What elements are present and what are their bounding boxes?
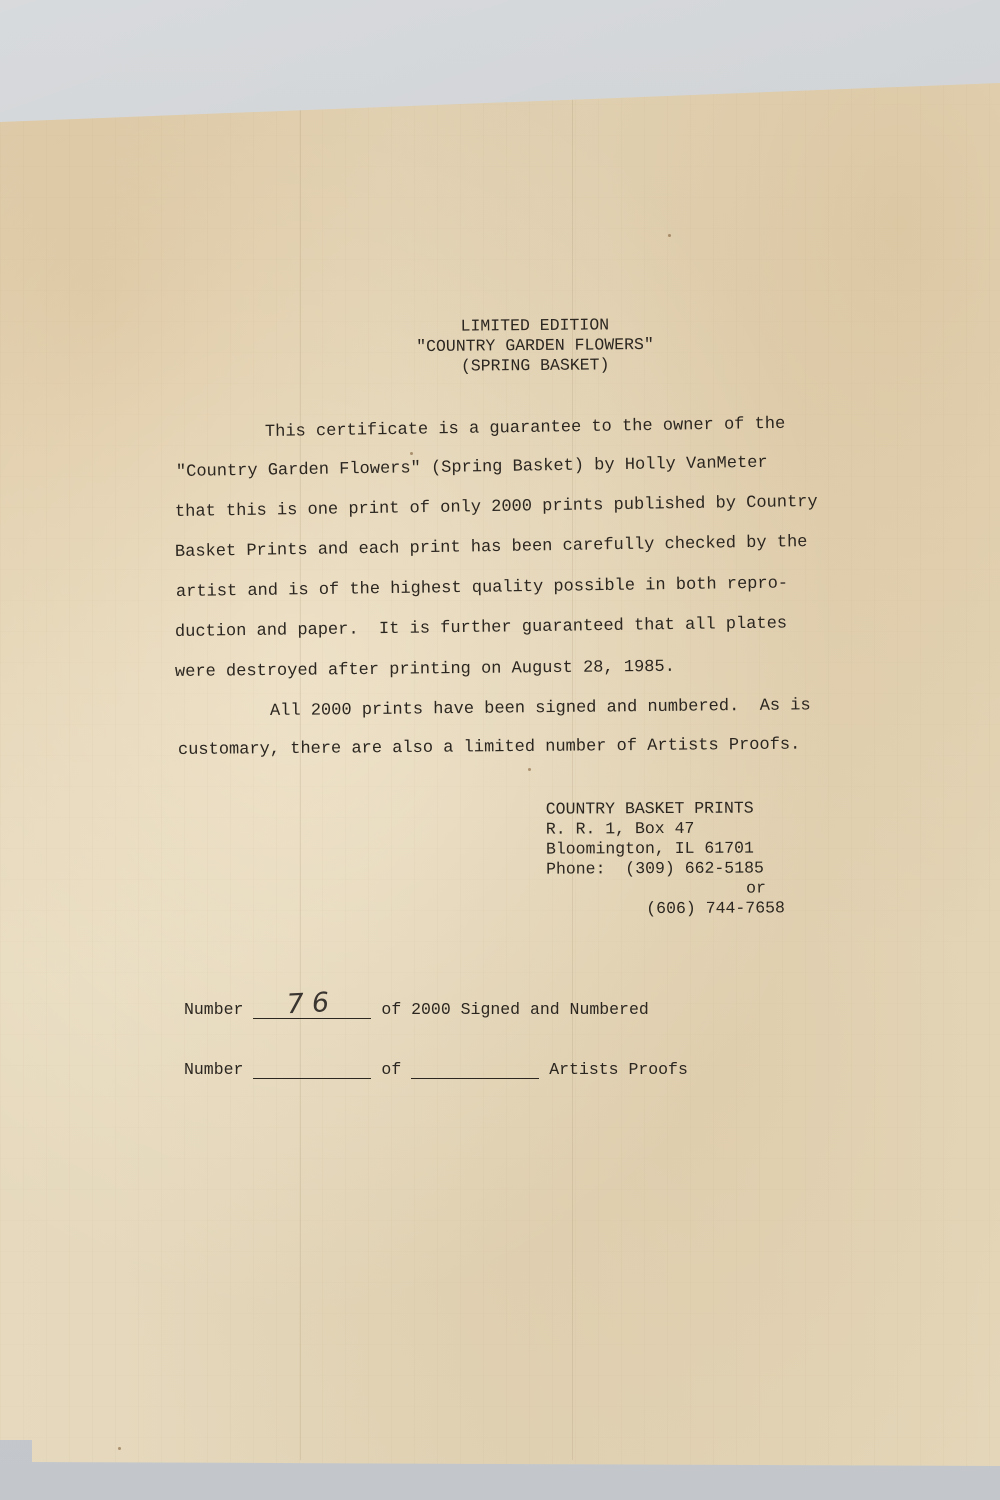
body-line: Basket Prints and each print has been ca… [175,533,808,562]
paper-speck [668,234,671,237]
paper-speck [410,452,413,455]
number-label: Number [184,1000,243,1019]
body-line: were destroyed after printing on August … [175,658,675,682]
title-line: (SPRING BASKET) [380,355,690,378]
publisher-street: R. R. 1, Box 47 [546,818,785,839]
certificate-title: LIMITED EDITION "COUNTRY GARDEN FLOWERS"… [380,315,691,378]
publisher-alt-phone: (606) 744-7658 [546,898,785,919]
body-line: artist and is of the highest quality pos… [176,574,788,602]
body-line: that this is one print of only 2000 prin… [175,493,818,522]
proof-number-field [253,1054,371,1079]
artist-proof-row: Number of Artists Proofs [184,1054,688,1079]
publisher-phone: Phone: (309) 662-5185 [546,858,785,879]
paper-speck [528,768,531,771]
body-line: "Country Garden Flowers" (Spring Basket)… [176,454,768,482]
body-line: customary, there are also a limited numb… [178,736,800,760]
body-line: duction and paper. It is further guarant… [175,614,787,642]
body-line: All 2000 prints have been signed and num… [270,696,811,721]
proof-of-label: of [381,1060,401,1079]
title-line: LIMITED EDITION [380,315,690,338]
paper-fold-line [572,90,573,1460]
proof-number-value [254,1076,372,1082]
publisher-name: COUNTRY BASKET PRINTS [546,798,785,819]
paper-fold-line [300,90,301,1460]
edition-number-field: 76 [253,994,371,1019]
proof-total-field [411,1054,539,1079]
edition-number-row: Number 76 of 2000 Signed and Numbered [184,994,649,1019]
publisher-city: Bloomington, IL 61701 [546,838,785,859]
body-line: This certificate is a guarantee to the o… [265,415,786,442]
proof-total-value [411,1076,539,1083]
publisher-phone-or: or [546,878,785,899]
publisher-address: COUNTRY BASKET PRINTS R. R. 1, Box 47 Bl… [546,798,785,919]
title-line: "COUNTRY GARDEN FLOWERS" [380,335,690,358]
artists-proofs-label: Artists Proofs [549,1060,688,1079]
proof-number-label: Number [184,1060,243,1079]
edition-total-label: of 2000 Signed and Numbered [381,1000,648,1019]
paper-speck [118,1447,121,1450]
certificate-paper: LIMITED EDITION "COUNTRY GARDEN FLOWERS"… [0,0,1000,1500]
handwritten-number: 76 [253,985,372,1022]
